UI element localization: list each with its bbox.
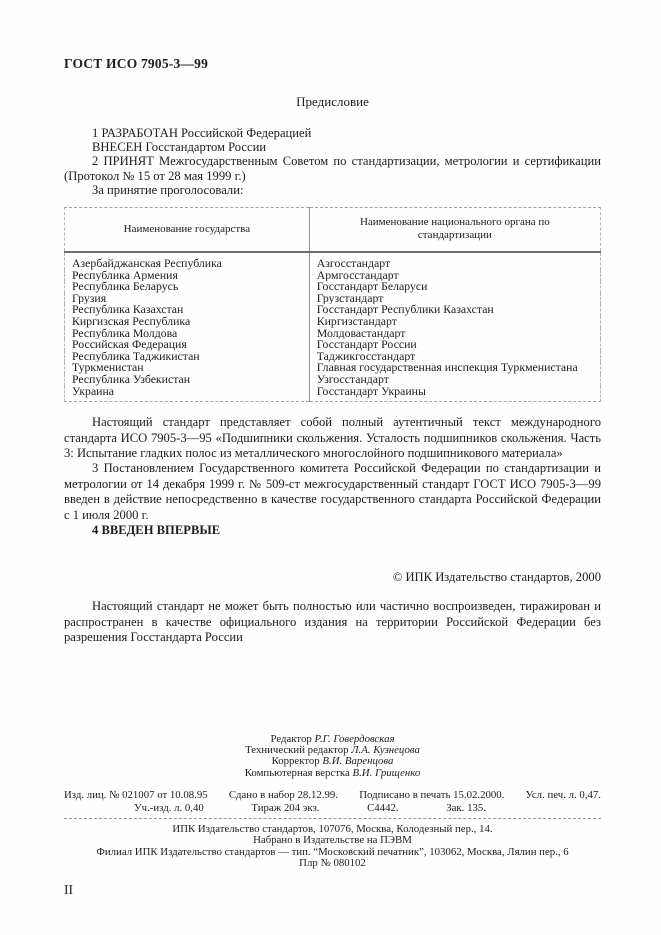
staff-name: В.И. Варенцова xyxy=(322,755,393,767)
country-cell: Республика Узбекистан xyxy=(65,374,310,386)
table-row: Республика ТаджикистанТаджикгосстандарт xyxy=(65,351,601,363)
country-cell: Азербайджанская Республика xyxy=(65,252,310,270)
publisher-plr-number: Плр № 080102 xyxy=(64,858,601,869)
staff-name: В.И. Грищенко xyxy=(353,767,421,779)
country-cell: Республика Молдова xyxy=(65,328,310,340)
country-cell: Украина xyxy=(65,386,310,402)
org-cell: Госстандарт Украины xyxy=(309,386,600,402)
header-org: Наименование национального органа по ста… xyxy=(309,208,600,253)
imprint-pub-sheets: Уч.-изд. л. 0,40 xyxy=(134,803,204,814)
imprint-print-sheets: Усл. печ. л. 0,47. xyxy=(526,790,601,801)
doc-code: ГОСТ ИСО 7905-3—99 xyxy=(64,56,601,72)
preface-item-voted: За принятие проголосовали: xyxy=(64,183,601,197)
reproduction-restriction: Настоящий стандарт не может быть полност… xyxy=(64,599,601,645)
country-cell: Республика Армения xyxy=(65,270,310,282)
table-row: ТуркменистанГлавная государственная инсп… xyxy=(65,362,601,374)
org-cell: Таджикгосстандарт xyxy=(309,351,600,363)
header-country: Наименование государства xyxy=(65,208,310,253)
org-cell: Армгосстандарт xyxy=(309,270,600,282)
paragraph-first-introduced: 4 ВВЕДЕН ВПЕРВЫЕ xyxy=(64,523,601,538)
table-row: ГрузияГрузстандарт xyxy=(65,293,601,305)
table-row: Российская ФедерацияГосстандарт России xyxy=(65,339,601,351)
imprint-row-2: Уч.-изд. л. 0,40 Тираж 204 экз. С4442. З… xyxy=(134,803,486,814)
country-cell: Туркменистан xyxy=(65,362,310,374)
table-row: Республика УзбекистанУзгосстандарт xyxy=(65,374,601,386)
org-cell: Госстандарт Республики Казахстан xyxy=(309,304,600,316)
org-cell: Киргизстандарт xyxy=(309,316,600,328)
table-row: УкраинаГосстандарт Украины xyxy=(65,386,601,402)
preface-item-submitted: ВНЕСЕН Госстандартом России xyxy=(64,140,601,154)
org-cell: Госстандарт России xyxy=(309,339,600,351)
colophon: Редактор Р.Г. Говердовская Технический р… xyxy=(64,734,601,870)
staff-role: Компьютерная верстка xyxy=(245,767,350,779)
staff-name: Л.А. Кузнецова xyxy=(351,744,420,756)
table-row: Республика МолдоваМолдовастандарт xyxy=(65,328,601,340)
table-row: Азербайджанская РеспубликаАзгосстандарт xyxy=(65,252,601,270)
paragraph-enactment: 3 Постановлением Государственного комите… xyxy=(64,461,601,523)
voting-table-body: Азербайджанская РеспубликаАзгосстандарт … xyxy=(65,252,601,402)
table-row: Республика КазахстанГосстандарт Республи… xyxy=(65,304,601,316)
imprint-typeset-date: Сдано в набор 28.12.99. xyxy=(229,790,338,801)
country-cell: Республика Беларусь xyxy=(65,281,310,293)
imprint-code: С4442. xyxy=(367,803,399,814)
preface-title: Предисловие xyxy=(64,94,601,110)
imprint-circulation: Тираж 204 экз. xyxy=(251,803,319,814)
country-cell: Грузия xyxy=(65,293,310,305)
paragraph-authentic-text: Настоящий стандарт представляет собой по… xyxy=(64,415,601,461)
staff-line-layout: Компьютерная верстка В.И. Грищенко xyxy=(64,768,601,779)
page-number: II xyxy=(64,882,601,898)
voting-table-header-row: Наименование государства Наименование на… xyxy=(65,208,601,253)
table-row: Республика АрменияАрмгосстандарт xyxy=(65,270,601,282)
country-cell: Российская Федерация xyxy=(65,339,310,351)
org-cell: Главная государственная инспекция Туркме… xyxy=(309,362,600,374)
org-cell: Грузстандарт xyxy=(309,293,600,305)
voting-table: Наименование государства Наименование на… xyxy=(64,207,601,402)
imprint-license: Изд. лиц. № 021007 от 10.08.95 xyxy=(64,790,208,801)
org-cell: Азгосстандарт xyxy=(309,252,600,270)
table-row: Республика БеларусьГосстандарт Беларуси xyxy=(65,281,601,293)
imprint-row-1: Изд. лиц. № 021007 от 10.08.95 Сдано в н… xyxy=(64,790,601,801)
country-cell: Республика Казахстан xyxy=(65,304,310,316)
country-cell: Республика Таджикистан xyxy=(65,351,310,363)
voting-table-head: Наименование государства Наименование на… xyxy=(65,208,601,253)
staff-role: Редактор xyxy=(270,733,311,745)
country-cell: Киргизская Республика xyxy=(65,316,310,328)
staff-name: Р.Г. Говердовская xyxy=(314,733,394,745)
preface-item-adopted: 2 ПРИНЯТ Межгосударственным Советом по с… xyxy=(64,154,601,182)
org-cell: Госстандарт Беларуси xyxy=(309,281,600,293)
imprint-divider xyxy=(64,818,601,819)
staff-role: Технический редактор xyxy=(245,744,348,756)
document-page: ГОСТ ИСО 7905-3—99 Предисловие 1 РАЗРАБО… xyxy=(0,0,661,935)
preface-item-developed: 1 РАЗРАБОТАН Российской Федерацией xyxy=(64,126,601,140)
table-row: Киргизская РеспубликаКиргизстандарт xyxy=(65,316,601,328)
copyright-notice: © ИПК Издательство стандартов, 2000 xyxy=(64,570,601,585)
staff-role: Корректор xyxy=(272,755,320,767)
org-cell: Узгосстандарт xyxy=(309,374,600,386)
imprint-print-date: Подписано в печать 15.02.2000. xyxy=(359,790,504,801)
imprint-order: Зак. 135. xyxy=(446,803,486,814)
org-cell: Молдовастандарт xyxy=(309,328,600,340)
